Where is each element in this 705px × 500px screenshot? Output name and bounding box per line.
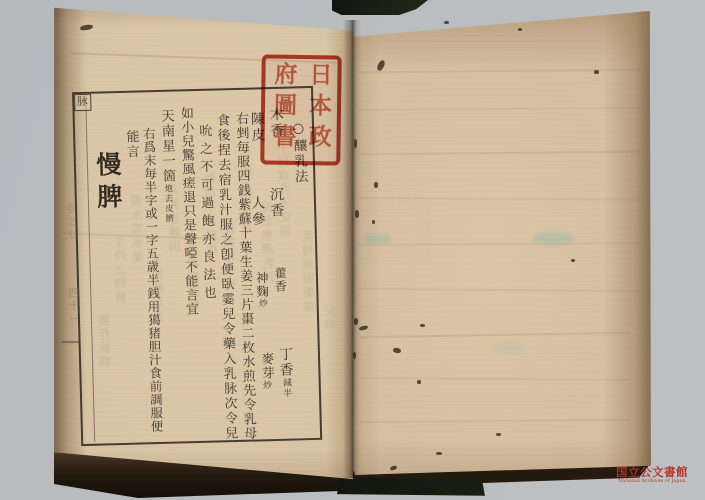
book-cover-edge-top [332,0,428,15]
ink-speck [571,259,575,262]
ink-speck [354,318,358,325]
ink-speck [417,380,421,384]
ink-speck [372,220,375,224]
ink-speck [496,433,501,436]
ghost-bleedthrough-column: 兒痢 [324,304,338,332]
ghost-bleedthrough-column: 湯氷雪水果 [131,194,146,264]
ghost-bleedthrough-column: 不知飽足也 [151,254,166,324]
ghost-bleedthrough-column: 生冷之物皆 [114,235,129,305]
folio-tick-line [62,341,80,343]
ghost-bleedthrough-column: 停滯不消成疾 [204,172,219,256]
paper-stain [532,232,574,245]
ink-speck [354,139,357,148]
ghost-bleedthrough-column: 兒啼未定氣息 [240,152,255,236]
folio-volume-title: 卷之七 [64,203,79,241]
text-run: 減半 [281,378,292,399]
book-gutter-fold [343,20,361,478]
text-run: 天南星一箇 [158,109,176,184]
ghost-bleedthrough-column: 調乳節度 [420,205,433,261]
seal-characters: 日本政府圖書 [265,62,336,162]
text-run: 炒 [261,380,271,390]
ink-speck [355,210,359,218]
text-run: 炒 [257,298,267,308]
archive-watermark: 国立公文書館 National Archives of Japan [602,466,702,485]
collation-label-box: 脉 [74,94,91,111]
ghost-bleedthrough-column: 母氣壅滯乳汁 [261,201,276,285]
library-seal-stamp: 日本政府圖書 [260,54,342,165]
ink-speck [444,21,449,24]
text-column-ingredient-choko: 丁香減半 [277,347,296,399]
ink-speck [374,182,378,188]
ink-speck [436,452,442,455]
text-run: 慢脾 [93,151,124,216]
ink-speck [353,352,356,359]
text-column-result-line: 能言 [122,129,140,159]
ghost-bleedthrough-column: 其乳恐睡困 [167,183,182,253]
ink-speck [518,28,522,31]
ghost-bleedthrough-column: 便與乳令兒 [223,222,238,292]
seal-column-right: 日本政 [304,62,332,155]
folio-leaf-number: 四十一 [65,287,81,326]
folio-strip: 卷之七 四十一 [62,195,84,365]
archive-name-japanese: 国立公文書館 [602,466,702,479]
text-column-ingredient-bakuga: 麥芽炒 [257,352,275,390]
ghost-bleedthrough-column: 母欲寐卽奪 [187,243,202,313]
ghost-bleedthrough-column: 能作疾病 [98,313,113,369]
paper-stain [492,342,526,354]
paper-stain [362,233,392,245]
text-run: 麥芽 [258,352,274,380]
ink-speck [420,324,425,327]
text-run: 能言 [123,130,139,160]
scan-viewport: 脉 ○釀乳法木香沉香藿香丁香減半陳皮人參神麴炒麥芽炒右剉毎服四銭紫蘇十葉生姜三片… [0,0,705,500]
archive-name-english: National Archives of Japan [602,479,702,485]
collation-label: 脉 [77,95,88,108]
seal-column-left: 府圖書 [269,62,297,155]
text-column-large-heading: 慢脾 [94,151,123,216]
text-run: 丁香 [277,347,294,378]
ghost-bleedthrough-column: 乳母煎服藥湯 [302,230,317,314]
